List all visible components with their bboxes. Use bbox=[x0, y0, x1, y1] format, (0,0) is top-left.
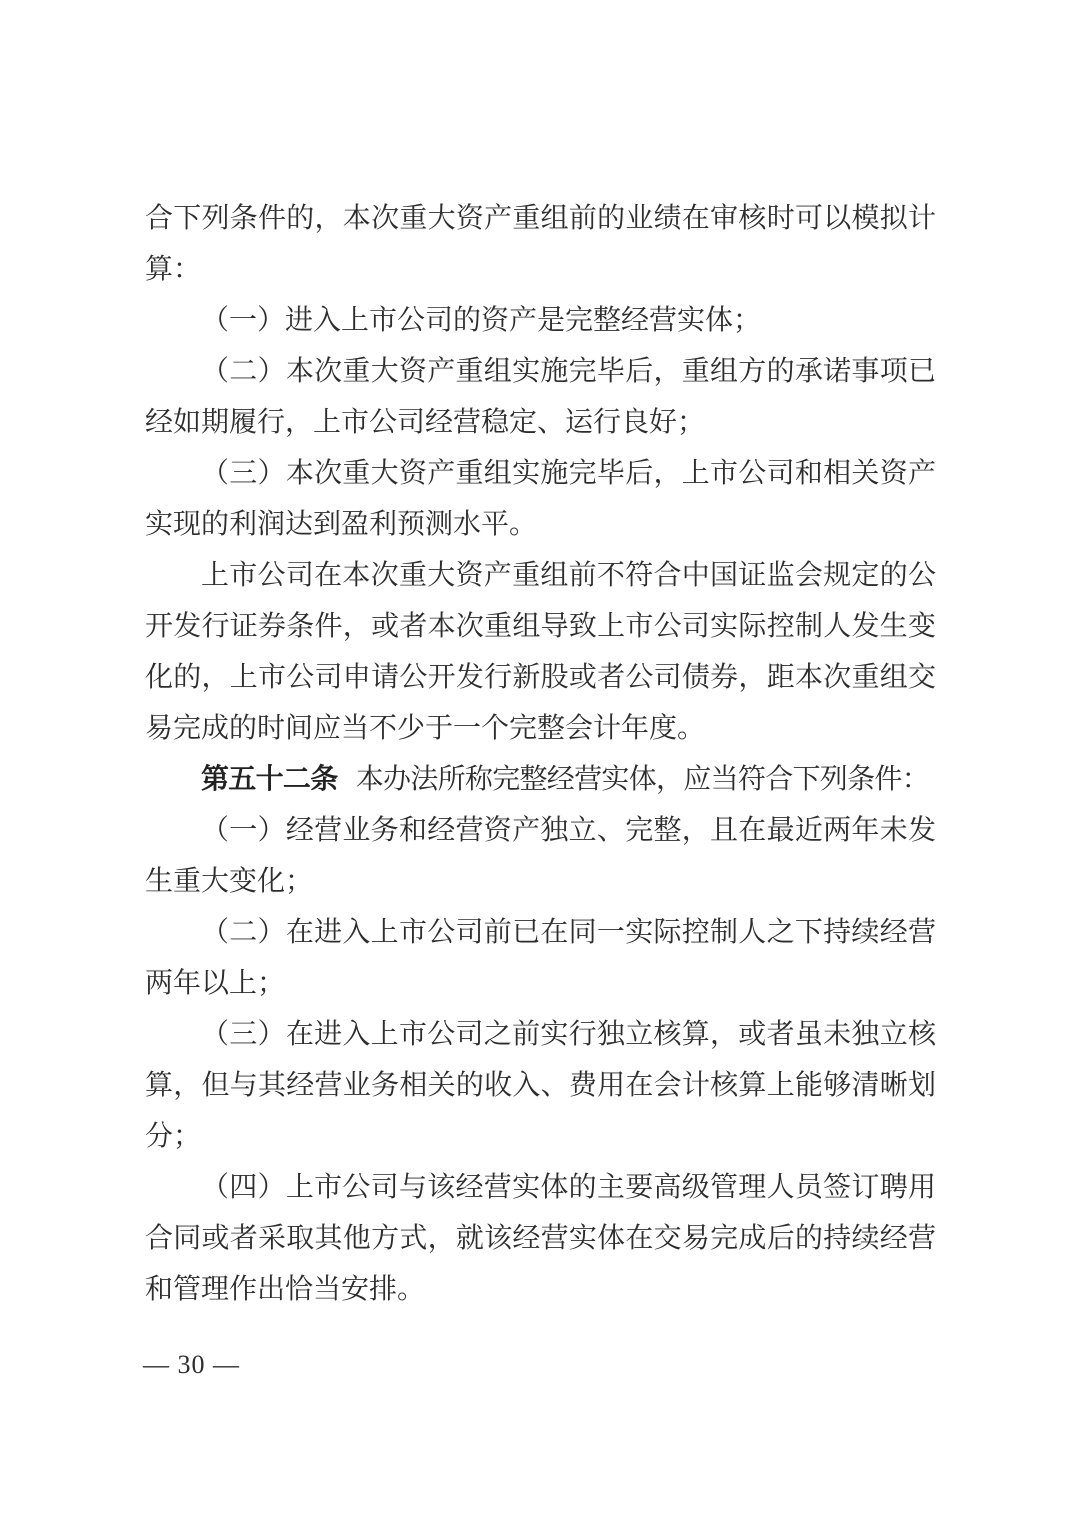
article-52-clause-3: （三）在进入上市公司之前实行独立核算，或者虽未独立核算，但与其经营业务相关的收入… bbox=[145, 1009, 936, 1162]
article-52-paragraph: 第五十二条本办法所称完整经营实体，应当符合下列条件： bbox=[145, 754, 936, 805]
article-52-text: 本办法所称完整经营实体，应当符合下列条件： bbox=[356, 764, 929, 795]
article-52-number: 第五十二条 bbox=[201, 764, 338, 795]
article-52-clause-1: （一）经营业务和经营资产独立、完整，且在最近两年未发生重大变化； bbox=[145, 805, 936, 907]
clause-1: （一）进入上市公司的资产是完整经营实体； bbox=[145, 295, 936, 346]
document-body: 合下列条件的，本次重大资产重组前的业绩在审核时可以模拟计算： （一）进入上市公司… bbox=[145, 193, 936, 1315]
article-52-clause-2: （二）在进入上市公司前已在同一实际控制人之下持续经营两年以上； bbox=[145, 907, 936, 1009]
paragraph-public-offering-rule: 上市公司在本次重大资产重组前不符合中国证监会规定的公开发行证券条件，或者本次重组… bbox=[145, 550, 936, 754]
article-52-clause-4: （四）上市公司与该经营实体的主要高级管理人员签订聘用合同或者采取其他方式，就该经… bbox=[145, 1162, 936, 1315]
clause-3: （三）本次重大资产重组实施完毕后，上市公司和相关资产实现的利润达到盈利预测水平。 bbox=[145, 448, 936, 550]
paragraph-intro-continuation: 合下列条件的，本次重大资产重组前的业绩在审核时可以模拟计算： bbox=[145, 193, 936, 295]
clause-2: （二）本次重大资产重组实施完毕后，重组方的承诺事项已经如期履行，上市公司经营稳定… bbox=[145, 346, 936, 448]
page-number: — 30 — bbox=[143, 1350, 240, 1380]
document-page: 合下列条件的，本次重大资产重组前的业绩在审核时可以模拟计算： （一）进入上市公司… bbox=[0, 0, 1080, 1527]
